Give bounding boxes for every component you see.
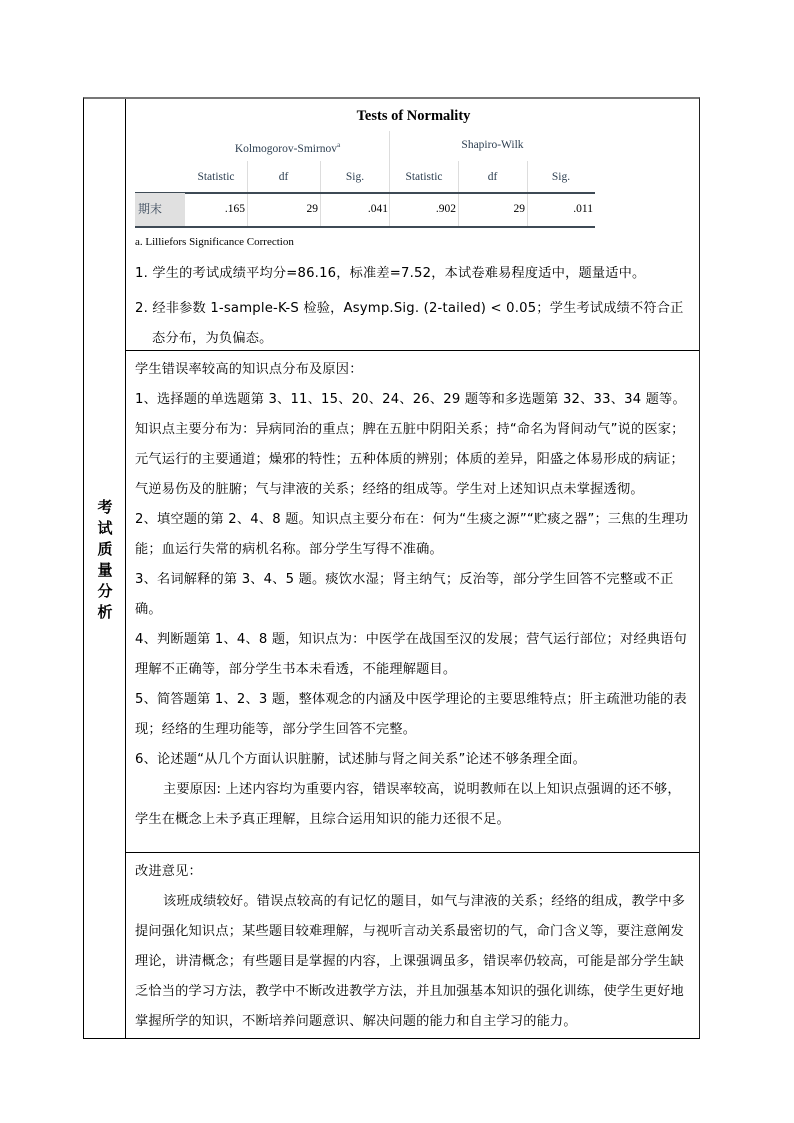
section-heading: 改进意见： — [135, 857, 691, 887]
main-reason: 主要原因: 上述内容均为重要内容，错误率较高，说明教师在以上知识点强调的还不够，… — [135, 775, 691, 835]
side-label: 考 试 质 量 分 析 — [84, 497, 126, 623]
col-header: Statistic — [185, 163, 247, 191]
error-item: 6、论述题“从几个方面认识脏腑，试述肺与肾之间关系”论述不够条理全面。 — [135, 745, 691, 775]
error-analysis-cell: 学生错误率较高的知识点分布及原因： 1、选择题的单选题第 3、11、15、20、… — [126, 351, 699, 853]
cell-value: .165 — [185, 193, 247, 226]
side-label-char: 量 — [84, 560, 126, 581]
table-rule — [135, 226, 595, 228]
improvement-text: 改进意见： 该班成绩较好。错误点较高的有记忆的题目，如气与津液的关系；经络的组成… — [135, 857, 691, 1037]
stat-item-1: 1. 学生的考试成绩平均分=86.16，标准差=7.52，本试卷难易程度适中，题… — [135, 261, 691, 286]
side-label-column: 考 试 质 量 分 析 — [84, 99, 126, 1038]
error-item: 5、简答题第 1、2、3 题，整体观念的内涵及中医学理论的主要思维特点；肝主疏泄… — [135, 685, 691, 745]
col-header: Sig. — [320, 163, 390, 191]
row-label: 期末 — [135, 193, 185, 226]
side-label-char: 分 — [84, 581, 126, 602]
improvement-body: 该班成绩较好。错误点较高的有记忆的题目，如气与津液的关系；经络的组成，教学中多提… — [135, 887, 691, 1037]
table-footnote: a. Lilliefors Significance Correction — [135, 236, 294, 248]
side-label-char: 质 — [84, 539, 126, 560]
analysis-table: 考 试 质 量 分 析 Tests of Normality Kolmogoro… — [83, 97, 700, 1039]
col-header: Statistic — [390, 163, 458, 191]
stat-item-2: 2. 经非参数 1-sample-K-S 检验，Asymp.Sig. (2-ta… — [135, 294, 691, 354]
side-label-char: 析 — [84, 602, 126, 623]
cell-value: .041 — [320, 193, 390, 226]
side-label-char: 考 — [84, 497, 126, 518]
group-header-sw: Shapiro-Wilk — [390, 129, 595, 161]
cell-value: 29 — [458, 193, 527, 226]
error-item: 2、填空题的第 2、4、8 题。知识点主要分布在：何为“生痰之源”“贮痰之器”；… — [135, 505, 691, 565]
error-item: 3、名词解释的第 3、4、5 题。痰饮水湿；肾主纳气；反治等，部分学生回答不完整… — [135, 565, 691, 625]
spss-title: Tests of Normality — [126, 108, 701, 125]
col-header: Sig. — [527, 163, 595, 191]
statistics-cell: Tests of Normality Kolmogorov-Smirnova S… — [126, 99, 699, 351]
group-header-ks: Kolmogorov-Smirnova — [185, 129, 390, 161]
cell-value: .011 — [527, 193, 595, 226]
cell-value: .902 — [390, 193, 458, 226]
col-header: df — [458, 163, 527, 191]
col-header: df — [247, 163, 320, 191]
improvement-cell: 改进意见： 该班成绩较好。错误点较高的有记忆的题目，如气与津液的关系；经络的组成… — [126, 853, 699, 1038]
side-label-char: 试 — [84, 518, 126, 539]
error-analysis-text: 学生错误率较高的知识点分布及原因： 1、选择题的单选题第 3、11、15、20、… — [135, 355, 691, 835]
error-item: 4、判断题第 1、4、8 题，知识点为：中医学在战国至汉的发展；营气运行部位；对… — [135, 625, 691, 685]
error-item: 1、选择题的单选题第 3、11、15、20、24、26、29 题等和多选题第 3… — [135, 385, 691, 505]
cell-value: 29 — [247, 193, 320, 226]
section-heading: 学生错误率较高的知识点分布及原因： — [135, 355, 691, 385]
